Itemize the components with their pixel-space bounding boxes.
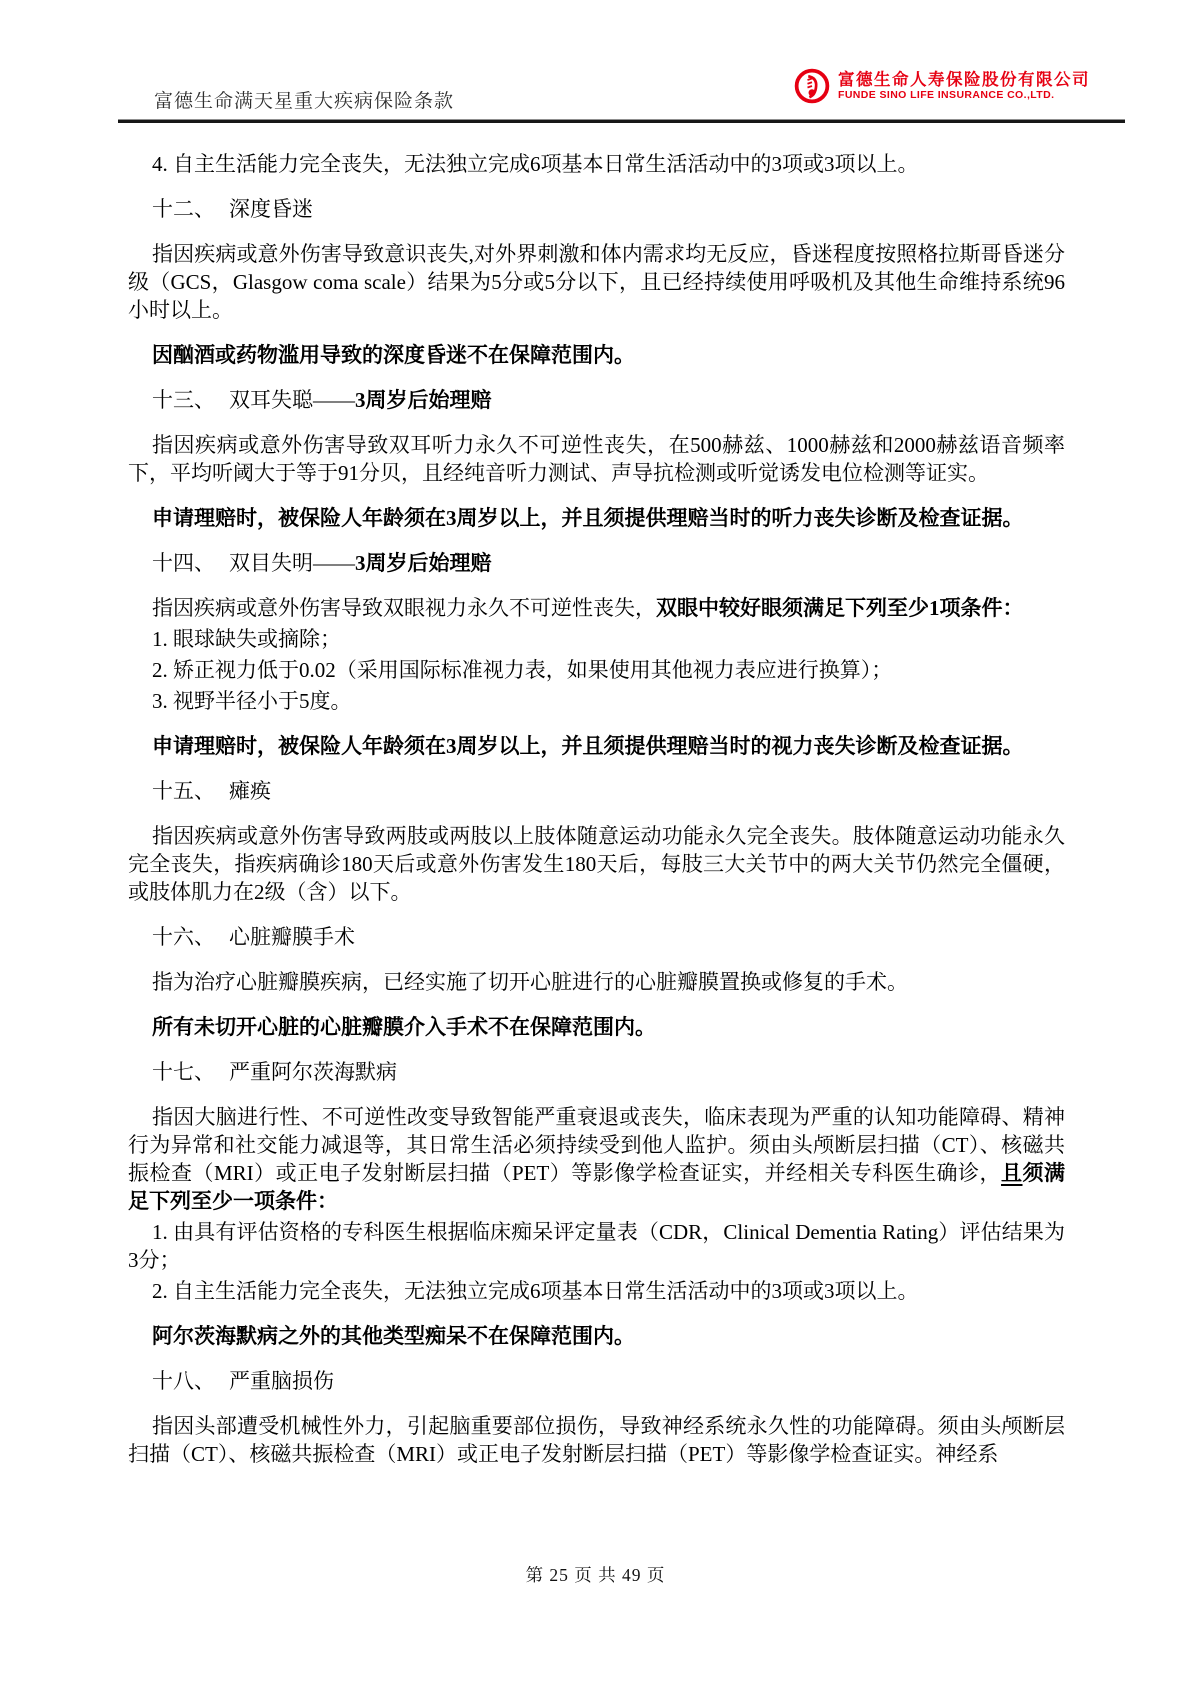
text-segment: 双耳失聪—— (229, 388, 355, 412)
text-segment: 十六、 (152, 925, 215, 949)
text-segment: 指因疾病或意外伤害导致双耳听力永久不可逆性丧失，在500赫兹、1000赫兹和20… (128, 433, 1065, 485)
text-segment: 指因疾病或意外伤害导致双眼视力永久不可逆性丧失， (152, 596, 656, 620)
text-segment: 且 (1001, 1161, 1023, 1185)
text-segment: 严重阿尔茨海默病 (229, 1060, 397, 1084)
text-segment: 申请理赔时，被保险人年龄须在3周岁以上，并且须提供理赔当时的视力丧失诊断及检查证… (152, 734, 1024, 758)
text-segment: 瘫痪 (229, 779, 271, 803)
exclusion-note: 因酗酒或药物滥用导致的深度昏迷不在保障范围内。 (128, 341, 1065, 369)
document-page: 富德生命满天星重大疾病保险条款 富德生命人寿保险股份有限公司 FUNDE SIN… (0, 0, 1191, 1684)
body-paragraph: 指因疾病或意外伤害导致双眼视力永久不可逆性丧失，双眼中较好眼须满足下列至少1项条… (128, 594, 1065, 622)
text-segment: 3周岁后始理赔 (355, 388, 492, 412)
text-segment: 阿尔茨海默病之外的其他类型痴呆不在保障范围内。 (152, 1324, 635, 1348)
exclusion-note: 阿尔茨海默病之外的其他类型痴呆不在保障范围内。 (128, 1322, 1065, 1350)
text-segment: 指因疾病或意外伤害导致意识丧失,对外界刺激和体内需求均无反应，昏迷程度按照格拉斯… (128, 242, 1065, 322)
funde-logo-icon (794, 68, 830, 104)
list-item: 2. 自主生活能力完全丧失，无法独立完成6项基本日常生活活动中的3项或3项以上。 (128, 1277, 1065, 1305)
company-name-en: FUNDE SINO LIFE INSURANCE CO.,LTD. (838, 89, 1090, 102)
text-segment: 4. 自主生活能力完全丧失，无法独立完成6项基本日常生活活动中的3项或3项以上。 (152, 152, 919, 176)
exclusion-note: 所有未切开心脏的心脏瓣膜介入手术不在保障范围内。 (128, 1013, 1065, 1041)
document-title: 富德生命满天星重大疾病保险条款 (154, 86, 454, 113)
text-segment: 3. 视野半径小于5度。 (152, 689, 352, 713)
text-segment: 十七、 (152, 1060, 215, 1084)
list-item: 3. 视野半径小于5度。 (128, 687, 1065, 715)
text-segment: 所有未切开心脏的心脏瓣膜介入手术不在保障范围内。 (152, 1015, 656, 1039)
text-segment: 3周岁后始理赔 (355, 551, 492, 575)
text-segment: 十三、 (152, 388, 215, 412)
section-heading: 十五、瘫痪 (128, 777, 1065, 805)
text-segment: 十八、 (152, 1369, 215, 1393)
text-segment: 指因头部遭受机械性外力，引起脑重要部位损伤，导致神经系统永久性的功能障碍。须由头… (128, 1414, 1065, 1466)
section-heading: 十二、深度昏迷 (128, 195, 1065, 223)
text-segment: 十二、 (152, 197, 215, 221)
body-paragraph: 指因疾病或意外伤害导致意识丧失,对外界刺激和体内需求均无反应，昏迷程度按照格拉斯… (128, 240, 1065, 324)
section-heading: 十七、严重阿尔茨海默病 (128, 1058, 1065, 1086)
list-item: 4. 自主生活能力完全丧失，无法独立完成6项基本日常生活活动中的3项或3项以上。 (128, 150, 1065, 178)
text-segment: 因酗酒或药物滥用导致的深度昏迷不在保障范围内。 (152, 343, 635, 367)
list-item: 1. 眼球缺失或摘除； (128, 625, 1065, 653)
text-segment: 心脏瓣膜手术 (229, 925, 355, 949)
text-segment: 指因大脑进行性、不可逆性改变导致智能严重衰退或丧失，临床表现为严重的认知功能障碍… (128, 1105, 1065, 1185)
header-divider (118, 119, 1125, 123)
body-paragraph: 指为治疗心脏瓣膜疾病，已经实施了切开心脏进行的心脏瓣膜置换或修复的手术。 (128, 968, 1065, 996)
section-heading: 十三、双耳失聪——3周岁后始理赔 (128, 386, 1065, 414)
page-header: 富德生命满天星重大疾病保险条款 富德生命人寿保险股份有限公司 FUNDE SIN… (118, 0, 1125, 123)
text-segment: 指因疾病或意外伤害导致两肢或两肢以上肢体随意运动功能永久完全丧失。肢体随意运动功… (128, 824, 1065, 904)
document-body: 4. 自主生活能力完全丧失，无法独立完成6项基本日常生活活动中的3项或3项以上。… (128, 147, 1065, 1485)
company-name-block: 富德生命人寿保险股份有限公司 FUNDE SINO LIFE INSURANCE… (838, 71, 1090, 102)
text-segment: 2. 自主生活能力完全丧失，无法独立完成6项基本日常生活活动中的3项或3项以上。 (152, 1279, 919, 1303)
list-item: 2. 矫正视力低于0.02（采用国际标准视力表，如果使用其他视力表应进行换算）； (128, 656, 1065, 684)
page-number-indicator: 第 25 页 共 49 页 (0, 1562, 1191, 1587)
text-segment: 十四、 (152, 551, 215, 575)
body-paragraph: 指因疾病或意外伤害导致两肢或两肢以上肢体随意运动功能永久完全丧失。肢体随意运动功… (128, 822, 1065, 906)
section-heading: 十六、心脏瓣膜手术 (128, 923, 1065, 951)
text-segment: 指为治疗心脏瓣膜疾病，已经实施了切开心脏进行的心脏瓣膜置换或修复的手术。 (152, 970, 908, 994)
text-segment: 十五、 (152, 779, 215, 803)
text-segment: 深度昏迷 (229, 197, 313, 221)
text-segment: 严重脑损伤 (229, 1369, 334, 1393)
text-segment: 1. 由具有评估资格的专科医生根据临床痴呆评定量表（CDR，Clinical D… (128, 1220, 1065, 1272)
body-paragraph: 指因大脑进行性、不可逆性改变导致智能严重衰退或丧失，临床表现为严重的认知功能障碍… (128, 1103, 1065, 1215)
text-segment: 双目失明—— (229, 551, 355, 575)
exclusion-note: 申请理赔时，被保险人年龄须在3周岁以上，并且须提供理赔当时的视力丧失诊断及检查证… (128, 732, 1065, 760)
text-segment: 申请理赔时，被保险人年龄须在3周岁以上，并且须提供理赔当时的听力丧失诊断及检查证… (152, 506, 1024, 530)
text-segment: 1. 眼球缺失或摘除； (152, 627, 341, 651)
section-heading: 十四、双目失明——3周岁后始理赔 (128, 549, 1065, 577)
company-name-cn: 富德生命人寿保险股份有限公司 (838, 71, 1090, 89)
text-segment: 双眼中较好眼须满足下列至少1项条件： (656, 596, 1024, 620)
company-logo: 富德生命人寿保险股份有限公司 FUNDE SINO LIFE INSURANCE… (794, 68, 1090, 104)
body-paragraph: 指因疾病或意外伤害导致双耳听力永久不可逆性丧失，在500赫兹、1000赫兹和20… (128, 431, 1065, 487)
list-item: 1. 由具有评估资格的专科医生根据临床痴呆评定量表（CDR，Clinical D… (128, 1218, 1065, 1274)
section-heading: 十八、严重脑损伤 (128, 1367, 1065, 1395)
body-paragraph: 指因头部遭受机械性外力，引起脑重要部位损伤，导致神经系统永久性的功能障碍。须由头… (128, 1412, 1065, 1468)
exclusion-note: 申请理赔时，被保险人年龄须在3周岁以上，并且须提供理赔当时的听力丧失诊断及检查证… (128, 504, 1065, 532)
text-segment: 2. 矫正视力低于0.02（采用国际标准视力表，如果使用其他视力表应进行换算）； (152, 658, 892, 682)
